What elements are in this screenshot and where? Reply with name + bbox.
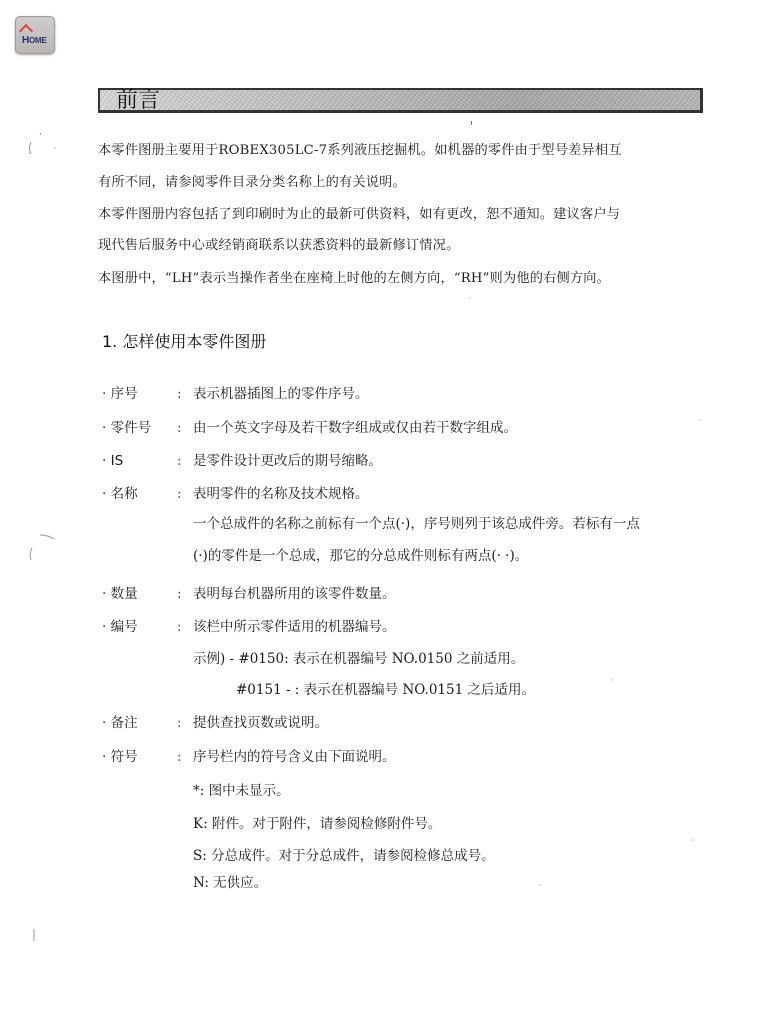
definition-description: 序号栏内的符号含义由下面说明。 xyxy=(193,748,396,766)
section-heading-how-to-use: 1. 怎样使用本零件图册 xyxy=(102,332,266,352)
definition-term: · 符号 xyxy=(102,748,172,766)
definition-description: 表明零件的名称及技术规格。 xyxy=(193,485,369,503)
definition-description: 表示机器插图上的零件序号。 xyxy=(193,385,369,403)
definition-colon: : xyxy=(177,748,182,766)
definition-term: · 零件号 xyxy=(102,419,172,437)
definition-description: 表明每台机器所用的该零件数量。 xyxy=(193,585,396,603)
definition-description: 该栏中所示零件适用的机器编号。 xyxy=(193,618,396,636)
definition-continuation: (·)的零件是一个总成，那它的分总成件则标有两点(· ·)。 xyxy=(193,547,528,565)
definition-term: · 名称 xyxy=(102,485,172,503)
definition-description: 提供查找页数或说明。 xyxy=(193,714,328,732)
symbol-legend-item: K: 附件。对于附件，请参阅检修附件号。 xyxy=(193,815,441,833)
definition-example: 示例) - #0150: 表示在机器编号 NO.0150 之前适用。 xyxy=(193,650,524,668)
intro-paragraph-1-line-2: 有所不同，请参阅零件目录分类名称上的有关说明。 xyxy=(98,175,406,191)
intro-paragraph-2-line-1: 本零件图册内容包括了到印刷时为止的最新可供资料，如有更改，恕不通知。建议客户与 xyxy=(98,207,620,223)
section-header-bar: 前言 xyxy=(98,88,703,113)
definition-colon: : xyxy=(177,452,182,470)
definition-colon: : xyxy=(177,585,182,603)
intro-paragraph-2-line-2: 现代售后服务中心或经销商联系以获悉资料的最新修订情况。 xyxy=(98,238,459,254)
definition-description: 由一个英文字母及若干数字组成或仅由若干数字组成。 xyxy=(193,419,517,437)
definition-colon: : xyxy=(177,485,182,503)
definition-example: #0151 - : 表示在机器编号 NO.0151 之后适用。 xyxy=(236,681,535,699)
definition-description: 是零件设计更改后的期号缩略。 xyxy=(193,452,382,470)
intro-paragraph-3-line-1: 本图册中，“LH”表示当操作者坐在座椅上时他的左侧方向，“RH”则为他的右侧方向… xyxy=(98,271,610,287)
definition-term: · 备注 xyxy=(102,714,172,732)
definition-continuation: 一个总成件的名称之前标有一个点(·)，序号则列于该总成件旁。若标有一点 xyxy=(193,515,640,533)
section-title: 前言 xyxy=(116,88,160,114)
symbol-legend-item: *: 图中未显示。 xyxy=(193,782,290,800)
definition-colon: : xyxy=(177,385,182,403)
definition-colon: : xyxy=(177,714,182,732)
home-button[interactable]: HOME xyxy=(15,16,55,54)
definition-term: · IS xyxy=(102,452,172,470)
scan-mark xyxy=(471,121,472,125)
intro-paragraph-1-line-1: 本零件图册主要用于ROBEX305LC-7系列液压挖掘机。如机器的零件由于型号差… xyxy=(98,143,622,159)
symbol-legend-item: N: 无供应。 xyxy=(193,874,267,892)
definition-term: · 数量 xyxy=(102,585,172,603)
definition-term: · 编号 xyxy=(102,618,172,636)
symbol-legend-item: S: 分总成件。对于分总成件，请参阅检修总成号。 xyxy=(193,847,495,865)
definition-colon: : xyxy=(177,419,182,437)
definition-colon: : xyxy=(177,618,182,636)
home-label: HOME xyxy=(22,35,47,46)
definition-term: · 序号 xyxy=(102,385,172,403)
